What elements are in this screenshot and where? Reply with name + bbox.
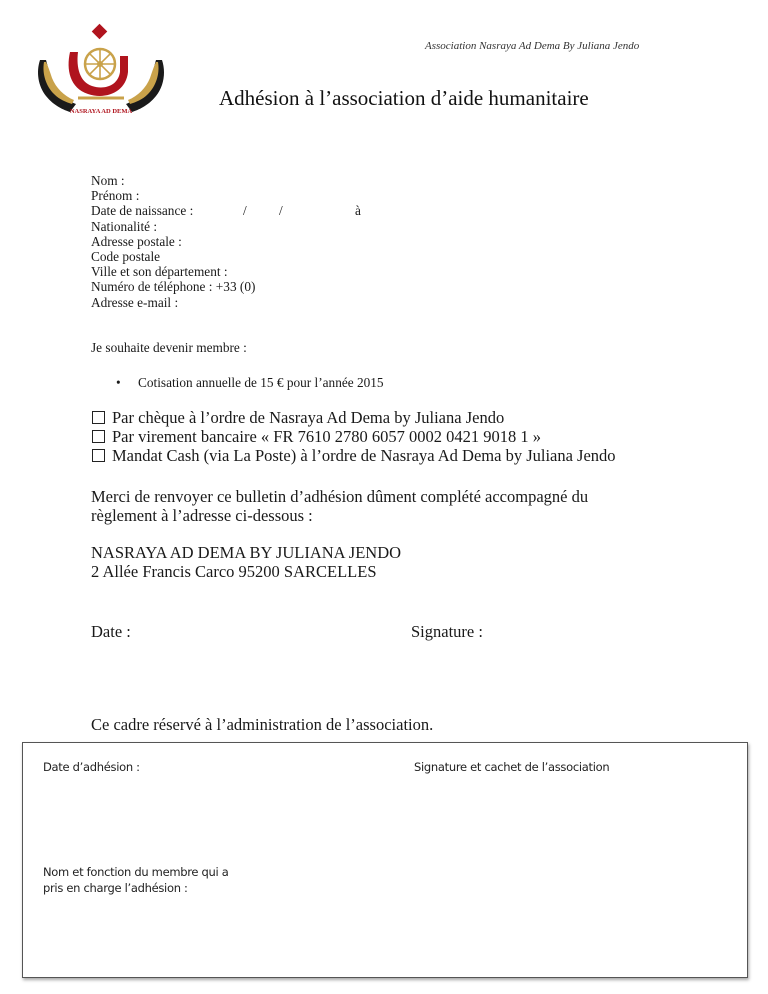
field-nom[interactable]: Nom : [91, 173, 255, 188]
field-adresse-postale[interactable]: Adresse postale : [91, 234, 255, 249]
field-telephone[interactable]: Numéro de téléphone : +33 (0) [91, 279, 255, 294]
personal-info-fields: Nom : Prénom : Date de naissance : / / à… [91, 173, 255, 310]
payment-option-virement[interactable]: Par virement bancaire « FR 7610 2780 605… [92, 427, 616, 446]
return-instructions: Merci de renvoyer ce bulletin d’adhésion… [91, 487, 588, 525]
payment-option-label: Mandat Cash (via La Poste) à l’ordre de … [112, 446, 616, 465]
signature-field[interactable]: Signature : [411, 622, 483, 642]
field-nationalite[interactable]: Nationalité : [91, 219, 255, 234]
admin-box: Date d’adhésion : Signature et cachet de… [22, 742, 748, 978]
checkbox-cheque[interactable] [92, 411, 105, 424]
field-prenom[interactable]: Prénom : [91, 188, 255, 203]
admin-member-line-2: pris en charge l’adhésion : [43, 880, 229, 896]
admin-member-line-1: Nom et fonction du membre qui a [43, 864, 229, 880]
date-naissance-label: Date de naissance : [91, 203, 193, 218]
payment-options: Par chèque à l’ordre de Nasraya Ad Dema … [92, 408, 616, 465]
admin-date-adhesion[interactable]: Date d’adhésion : [43, 759, 140, 775]
field-date-naissance[interactable]: Date de naissance : / / à [91, 203, 255, 218]
date-separator: / [279, 203, 283, 218]
payment-option-label: Par chèque à l’ordre de Nasraya Ad Dema … [112, 408, 504, 427]
page-title: Adhésion à l’association d’aide humanita… [219, 86, 589, 111]
admin-signature-cachet[interactable]: Signature et cachet de l’association [414, 759, 609, 775]
address-name: NASRAYA AD DEMA BY JULIANA JENDO [91, 543, 401, 562]
checkbox-mandat-cash[interactable] [92, 449, 105, 462]
instructions-line-2: règlement à l’adresse ci-dessous : [91, 506, 588, 525]
bullet-icon: • [116, 375, 138, 391]
payment-option-label: Par virement bancaire « FR 7610 2780 605… [112, 427, 541, 446]
admin-member-info[interactable]: Nom et fonction du membre qui a pris en … [43, 864, 229, 896]
association-header-note: Association Nasraya Ad Dema By Juliana J… [425, 40, 639, 52]
checkbox-virement[interactable] [92, 430, 105, 443]
payment-option-cheque[interactable]: Par chèque à l’ordre de Nasraya Ad Dema … [92, 408, 616, 427]
svg-text:NASRAYA AD DEMA: NASRAYA AD DEMA [70, 108, 133, 115]
date-separator: / [243, 203, 247, 218]
birthplace-separator: à [355, 203, 361, 218]
instructions-line-1: Merci de renvoyer ce bulletin d’adhésion… [91, 487, 588, 506]
nasraya-ad-dema-logo-icon: NASRAYA AD DEMA [34, 22, 168, 118]
membership-wish: Je souhaite devenir membre : [91, 340, 247, 356]
cotisation-item: •Cotisation annuelle de 15 € pour l’anné… [116, 375, 384, 391]
admin-note: Ce cadre réservé à l’administration de l… [91, 715, 433, 735]
field-email[interactable]: Adresse e-mail : [91, 295, 255, 310]
payment-option-mandat-cash[interactable]: Mandat Cash (via La Poste) à l’ordre de … [92, 446, 616, 465]
cotisation-text: Cotisation annuelle de 15 € pour l’année… [138, 375, 384, 390]
address-street: 2 Allée Francis Carco 95200 SARCELLES [91, 562, 401, 581]
field-code-postale[interactable]: Code postale [91, 249, 255, 264]
date-field[interactable]: Date : [91, 622, 131, 642]
postal-address: NASRAYA AD DEMA BY JULIANA JENDO 2 Allée… [91, 543, 401, 581]
field-ville[interactable]: Ville et son département : [91, 264, 255, 279]
